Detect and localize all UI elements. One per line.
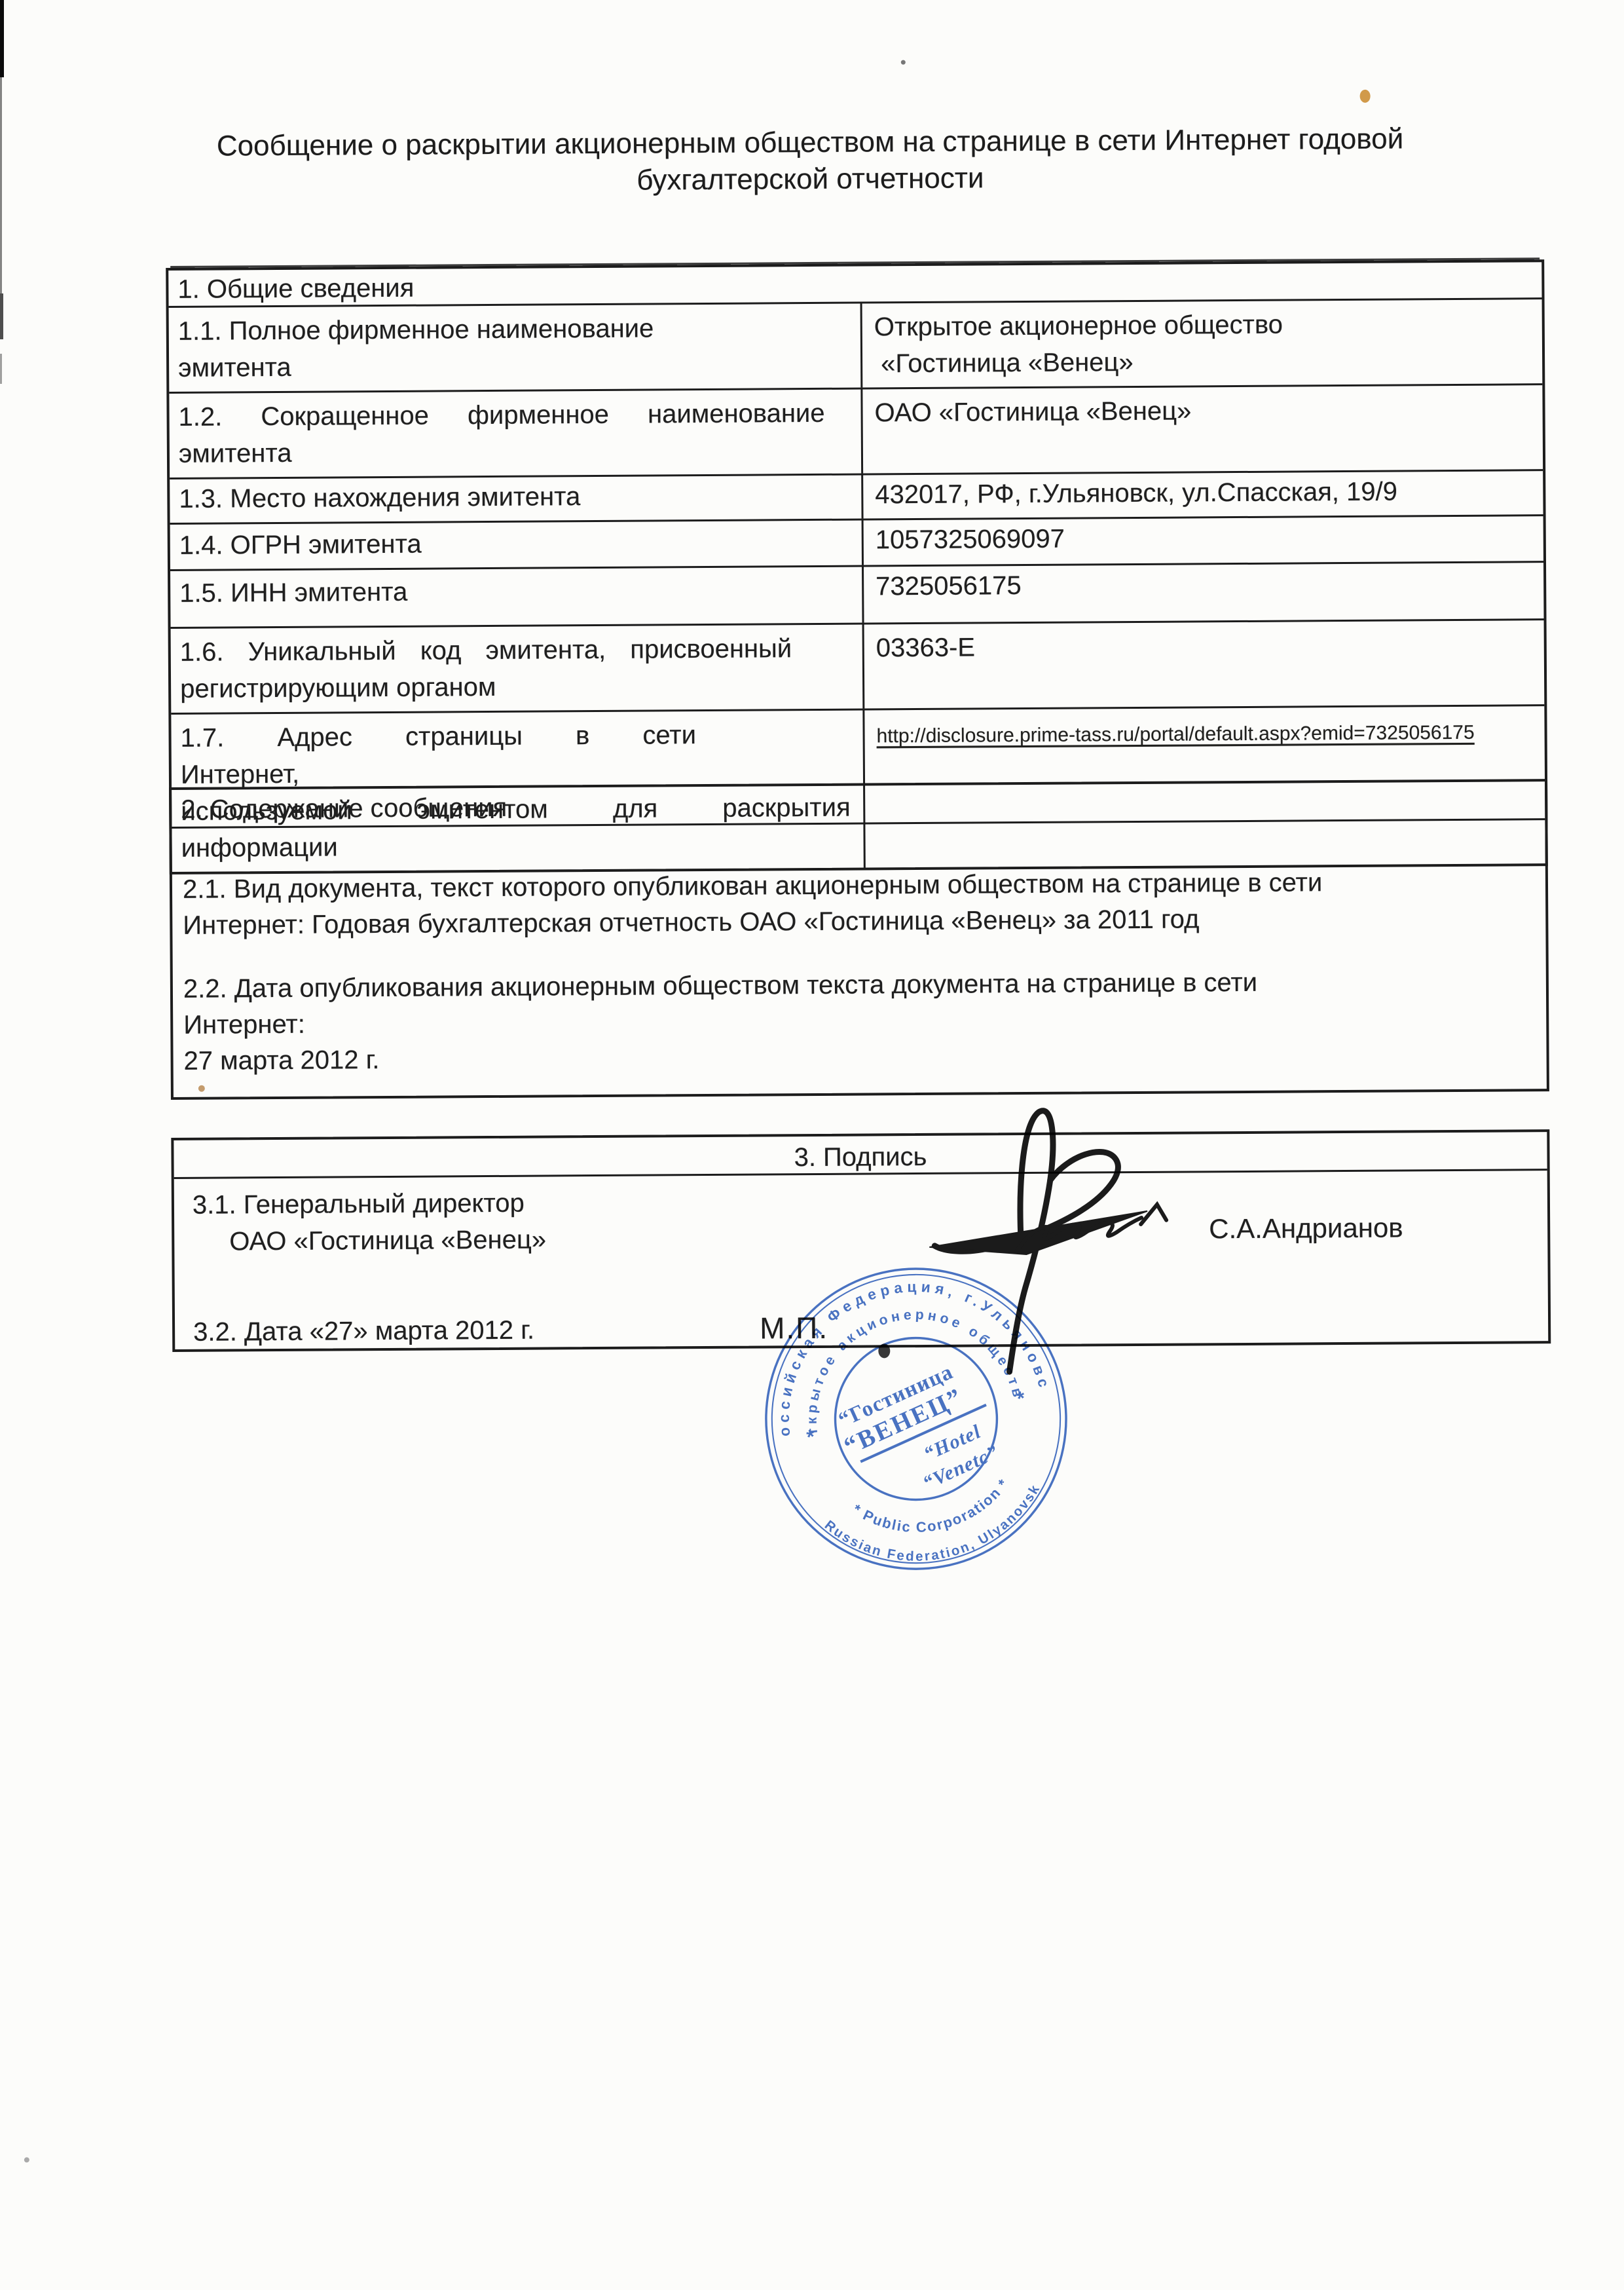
paragraph-2-2: 2.2. Дата опубликования акционерным обще…: [183, 963, 1531, 1043]
row-1-3-value: 432017, РФ, г.Ульяновск, ул.Спасская, 19…: [863, 471, 1543, 518]
table-row-1-6: 1.6. Уникальный код эмитента, присвоенны…: [171, 620, 1545, 715]
row-1-1-label: 1.1. Полное фирменное наименование эмите…: [169, 304, 863, 392]
row-1-2-value-line1: ОАО «Гостиница «Венец»: [874, 390, 1530, 431]
row-1-6-value: 03363-E: [864, 620, 1545, 708]
publication-date: 27 марта 2012 г.: [183, 1035, 1530, 1079]
table-row-1-3: 1.3. Место нахождения эмитента 432017, Р…: [170, 471, 1543, 525]
section2-body: 2.1. Вид документа, текст которого опубл…: [172, 820, 1546, 1079]
table-row-1-1: 1.1. Полное фирменное наименование эмите…: [169, 299, 1543, 394]
signer-name: С.А.Андрианов: [1209, 1212, 1403, 1245]
row-1-5-value: 7325056175: [864, 563, 1543, 622]
table-row-1-2: 1.2. Сокращенное фирменное наименование …: [169, 385, 1543, 479]
row-1-5-label: 1.5. ИНН эмитента: [170, 567, 864, 627]
row-1-6-label: 1.6. Уникальный код эмитента, присвоенны…: [171, 625, 865, 713]
row-1-7-label-line1: 1.7. Адрес страницы в сети Интернет,: [180, 716, 854, 793]
row-1-3-value-line1: 432017, РФ, г.Ульяновск, ул.Спасская, 19…: [875, 472, 1531, 513]
table-row-1-4: 1.4. ОГРН эмитента 1057325069097: [170, 516, 1543, 571]
row-1-1-label-line2: эмитента: [178, 346, 851, 386]
stamp-separator-right: *: [1016, 1387, 1027, 1410]
scanner-edge-artifact: [0, 354, 2, 384]
row-1-1-value-line1: Открытое акционерное общество: [874, 305, 1530, 345]
scanner-edge-artifact: [0, 77, 2, 293]
row-1-5-label-line1: 1.5. ИНН эмитента: [179, 571, 853, 612]
message-content-table: 2. Содержание сообщения 2.1. Вид докумен…: [169, 779, 1549, 1100]
ink-speck-top: [901, 60, 906, 65]
row-1-2-label-line1: 1.2. Сокращенное фирменное наименование: [178, 395, 851, 436]
row-1-2-label: 1.2. Сокращенное фирменное наименование …: [169, 390, 863, 478]
row-1-3-label-line1: 1.3. Место нахождения эмитента: [179, 477, 852, 517]
row-1-1-value-line2: «Гостиница «Венец»: [874, 341, 1530, 382]
row-1-6-label-line2: регистрирующим органом: [180, 667, 853, 707]
row-1-4-label: 1.4. ОГРН эмитента: [170, 521, 864, 569]
director-title-line1: 3.1. Генеральный директор: [193, 1185, 546, 1224]
row-1-1-value: Открытое акционерное общество «Гостиница…: [862, 299, 1543, 387]
row-1-6-value-line1: 03363-E: [876, 626, 1532, 666]
scanner-edge-artifact: [0, 293, 3, 339]
row-1-4-value: 1057325069097: [864, 516, 1543, 565]
company-round-stamp: Российская Федерация, г.Ульяновск Russia…: [758, 1261, 1074, 1577]
row-1-2-label-line2: эмитента: [179, 432, 852, 472]
signature-date: 3.2. Дата «27» марта 2012 г.: [193, 1316, 534, 1347]
row-1-4-label-line1: 1.4. ОГРН эмитента: [179, 523, 853, 564]
row-1-1-label-line1: 1.1. Полное фирменное наименование: [178, 309, 851, 350]
paragraph-2-1: 2.1. Вид документа, текст которого опубл…: [183, 863, 1530, 944]
disclosure-url-link[interactable]: http://disclosure.prime-tass.ru/portal/d…: [876, 721, 1474, 749]
director-title-line2: ОАО «Гостиница «Венец»: [193, 1222, 546, 1260]
ink-speck-title: [1360, 90, 1371, 103]
row-1-4-value-line1: 1057325069097: [876, 517, 1532, 558]
document-title: Сообщение о раскрытии акционерным общест…: [0, 119, 1623, 202]
row-1-3-label: 1.3. Место нахождения эмитента: [170, 476, 863, 523]
ink-speck-bottom: [24, 2157, 29, 2162]
scanner-edge-artifact: [0, 0, 4, 77]
row-1-2-value: ОАО «Гостиница «Венец»: [862, 385, 1543, 473]
row-1-6-label-line1: 1.6. Уникальный код эмитента, присвоенны…: [180, 630, 853, 671]
row-1-5-value-line1: 7325056175: [876, 564, 1532, 605]
director-title-block: 3.1. Генеральный директор ОАО «Гостиница…: [193, 1185, 546, 1260]
table-row-1-5: 1.5. ИНН эмитента 7325056175: [170, 563, 1543, 629]
scanned-page: Сообщение о раскрытии акционерным общест…: [0, 0, 1624, 2290]
